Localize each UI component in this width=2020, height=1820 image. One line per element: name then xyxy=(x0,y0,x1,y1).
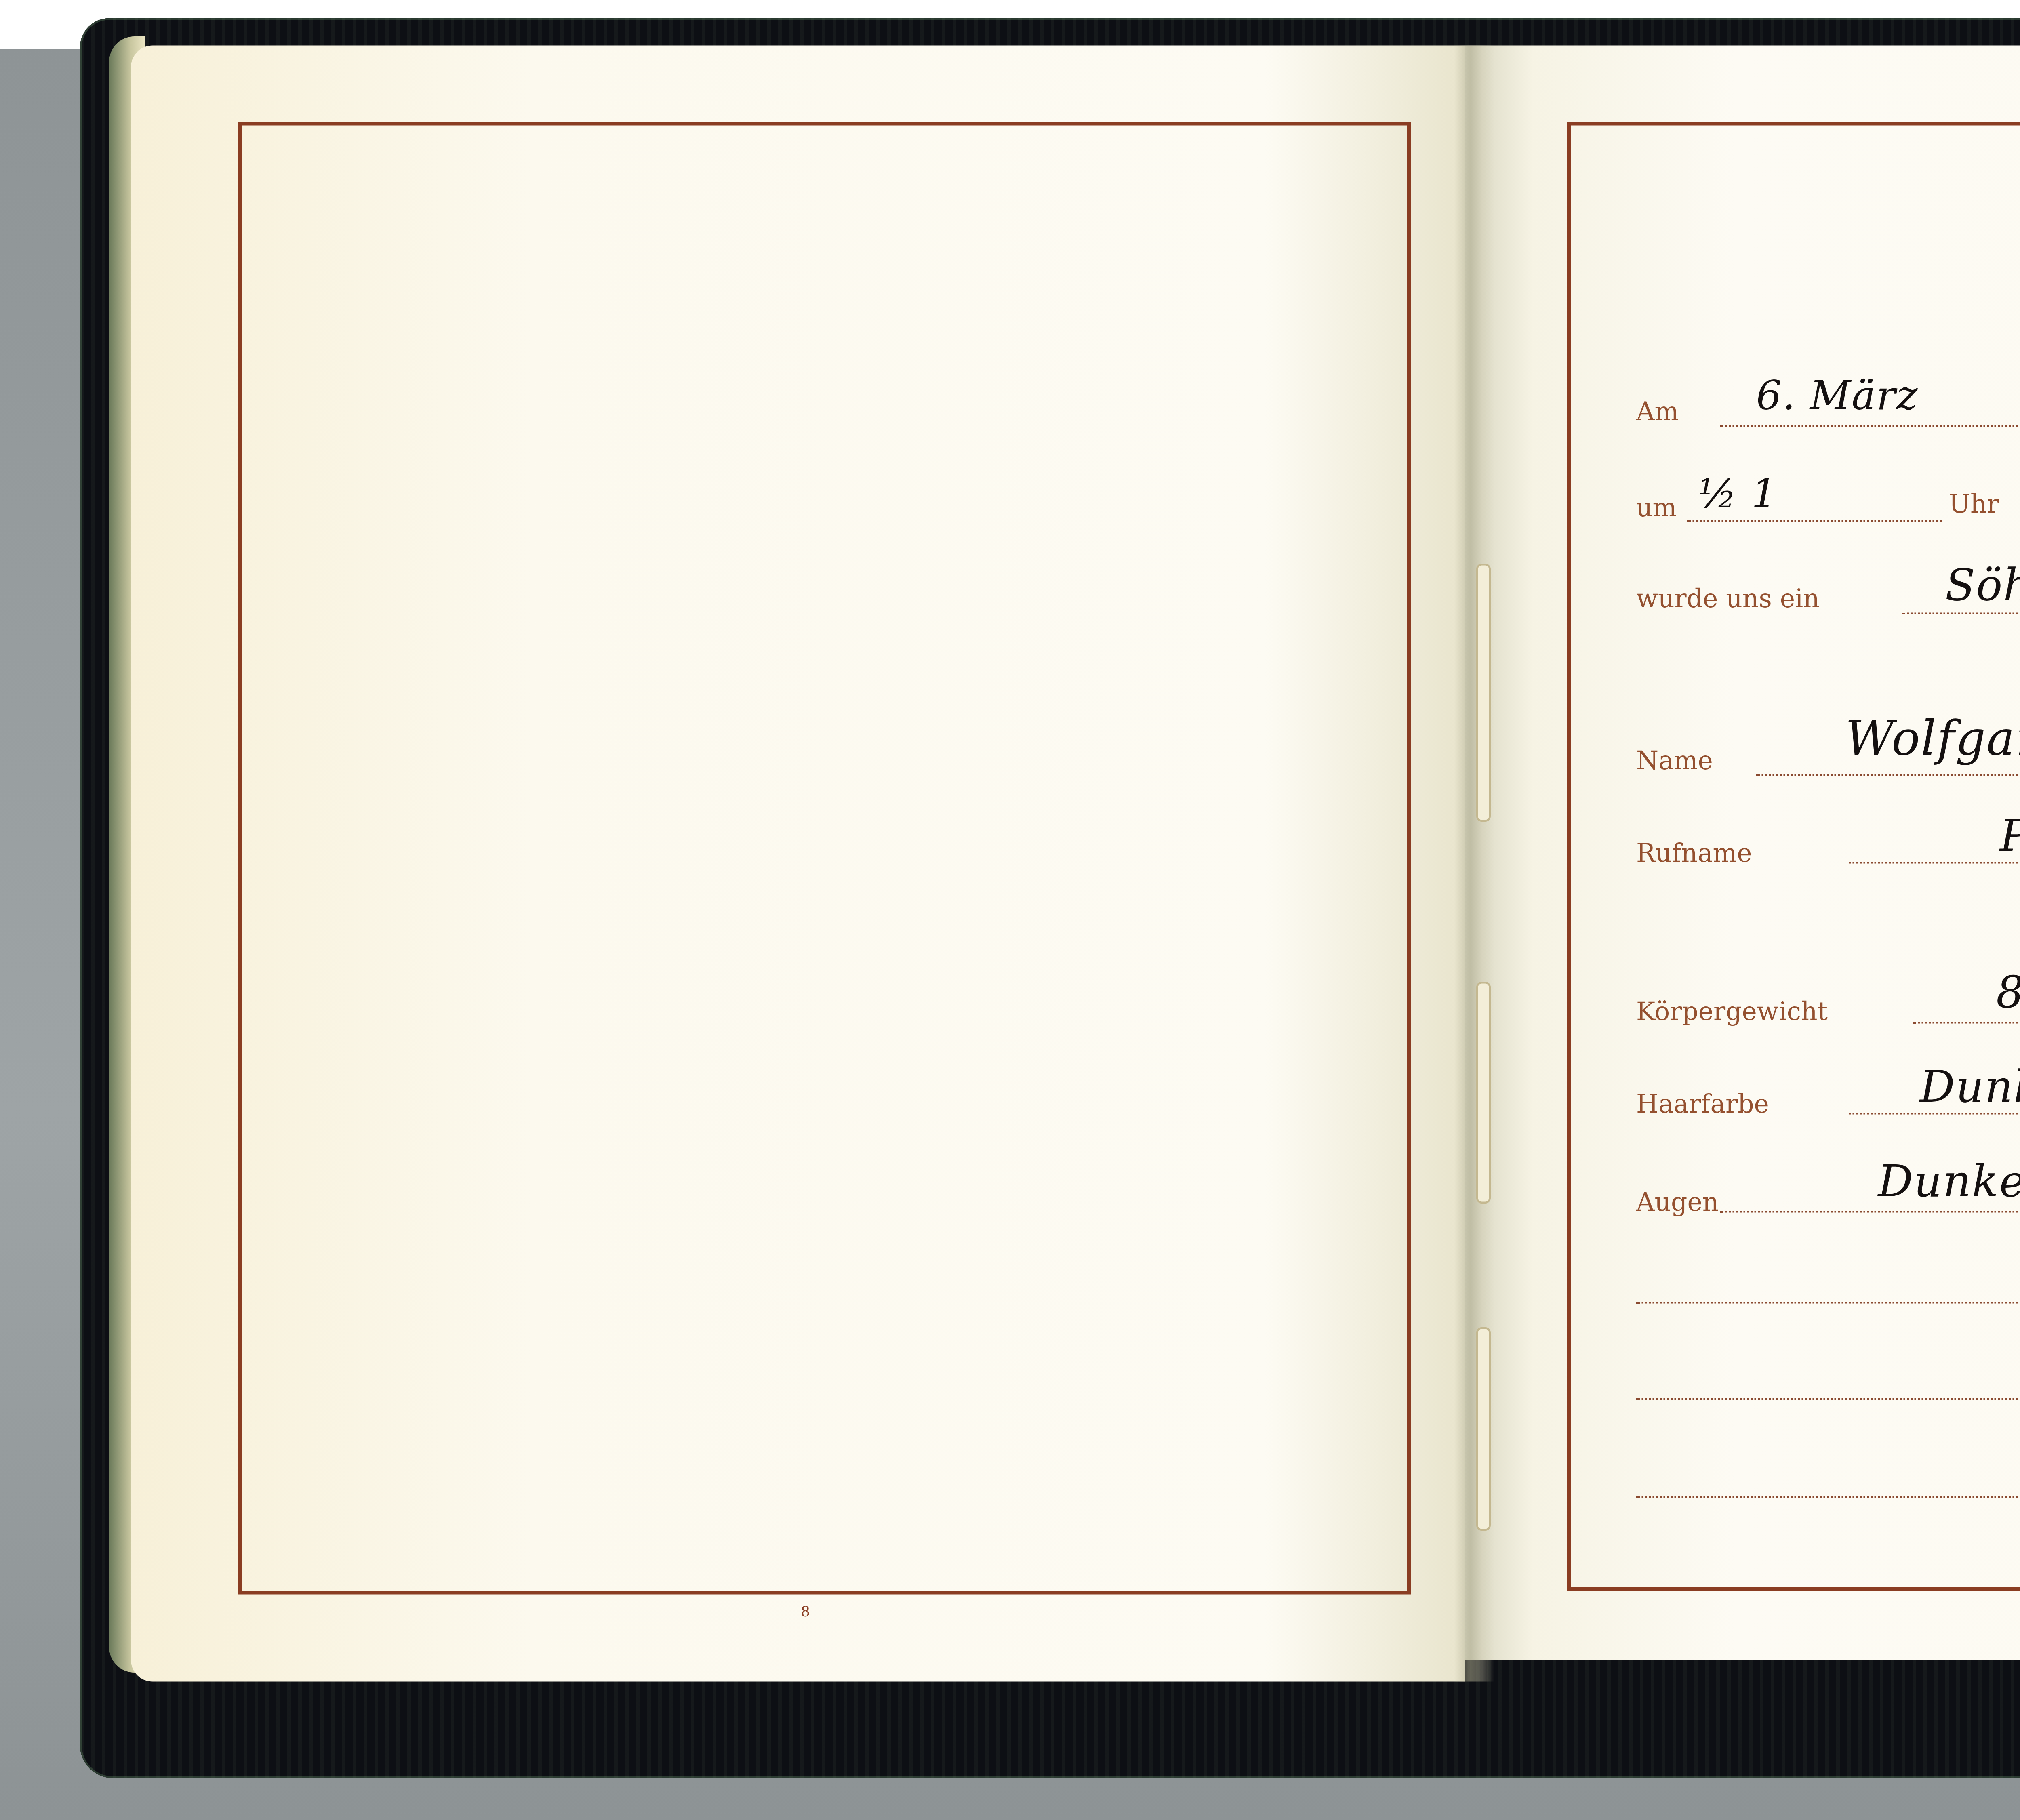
label-uhr: Uhr xyxy=(1949,491,1999,520)
value-koerpergewicht: 8 Pfund xyxy=(1996,967,2020,1018)
label-name: Name xyxy=(1636,747,1713,776)
value-am-date: 6. März xyxy=(1756,375,1919,420)
field-line-am xyxy=(1720,425,2020,427)
field-line-koerpergewicht xyxy=(1913,1022,2020,1024)
field-line-wurde xyxy=(1902,613,2020,615)
label-haarfarbe: Haarfarbe xyxy=(1636,1091,1769,1120)
blank-line xyxy=(1636,1302,2020,1304)
left-page-number: 8 xyxy=(769,1603,842,1620)
field-line-um xyxy=(1687,520,1942,522)
label-um: um xyxy=(1636,494,1677,524)
right-page-frame xyxy=(1567,122,2020,1591)
value-um: ½ 1 xyxy=(1698,473,1778,518)
binding-stitch xyxy=(1476,1327,1491,1531)
value-wurde: Söhnlein xyxy=(1945,560,2020,611)
field-line-augen xyxy=(1720,1211,2020,1213)
label-rufname: Rufname xyxy=(1636,840,1752,869)
field-line-name xyxy=(1756,774,2020,776)
value-augen: Dunkelblau xyxy=(1878,1156,2020,1207)
blank-line xyxy=(1636,1398,2020,1400)
binding-stitch xyxy=(1476,982,1491,1204)
value-name: Wolfgang-Peter Goldschmid xyxy=(1845,713,2020,767)
field-line-haarfarbe xyxy=(1849,1113,2020,1115)
value-rufname: Peterle xyxy=(2000,811,2020,862)
binding-stitch xyxy=(1476,564,1491,822)
label-wurde: wurde uns ein xyxy=(1636,585,1820,614)
scan-stage: 8 Geburtstag. Am 6. März 1934 um ½ 1 Uhr… xyxy=(0,0,2020,1820)
blank-line xyxy=(1636,1496,2020,1498)
value-haarfarbe: Dunkelblond xyxy=(1920,1062,2020,1113)
label-augen: Augen xyxy=(1636,1189,1719,1218)
field-line-rufname xyxy=(1849,862,2020,864)
page-title: Geburtstag. xyxy=(1909,207,2020,251)
label-koerpergewicht: Körpergewicht xyxy=(1636,998,1828,1027)
label-am: Am xyxy=(1636,398,1679,427)
left-page-frame xyxy=(238,122,1411,1595)
